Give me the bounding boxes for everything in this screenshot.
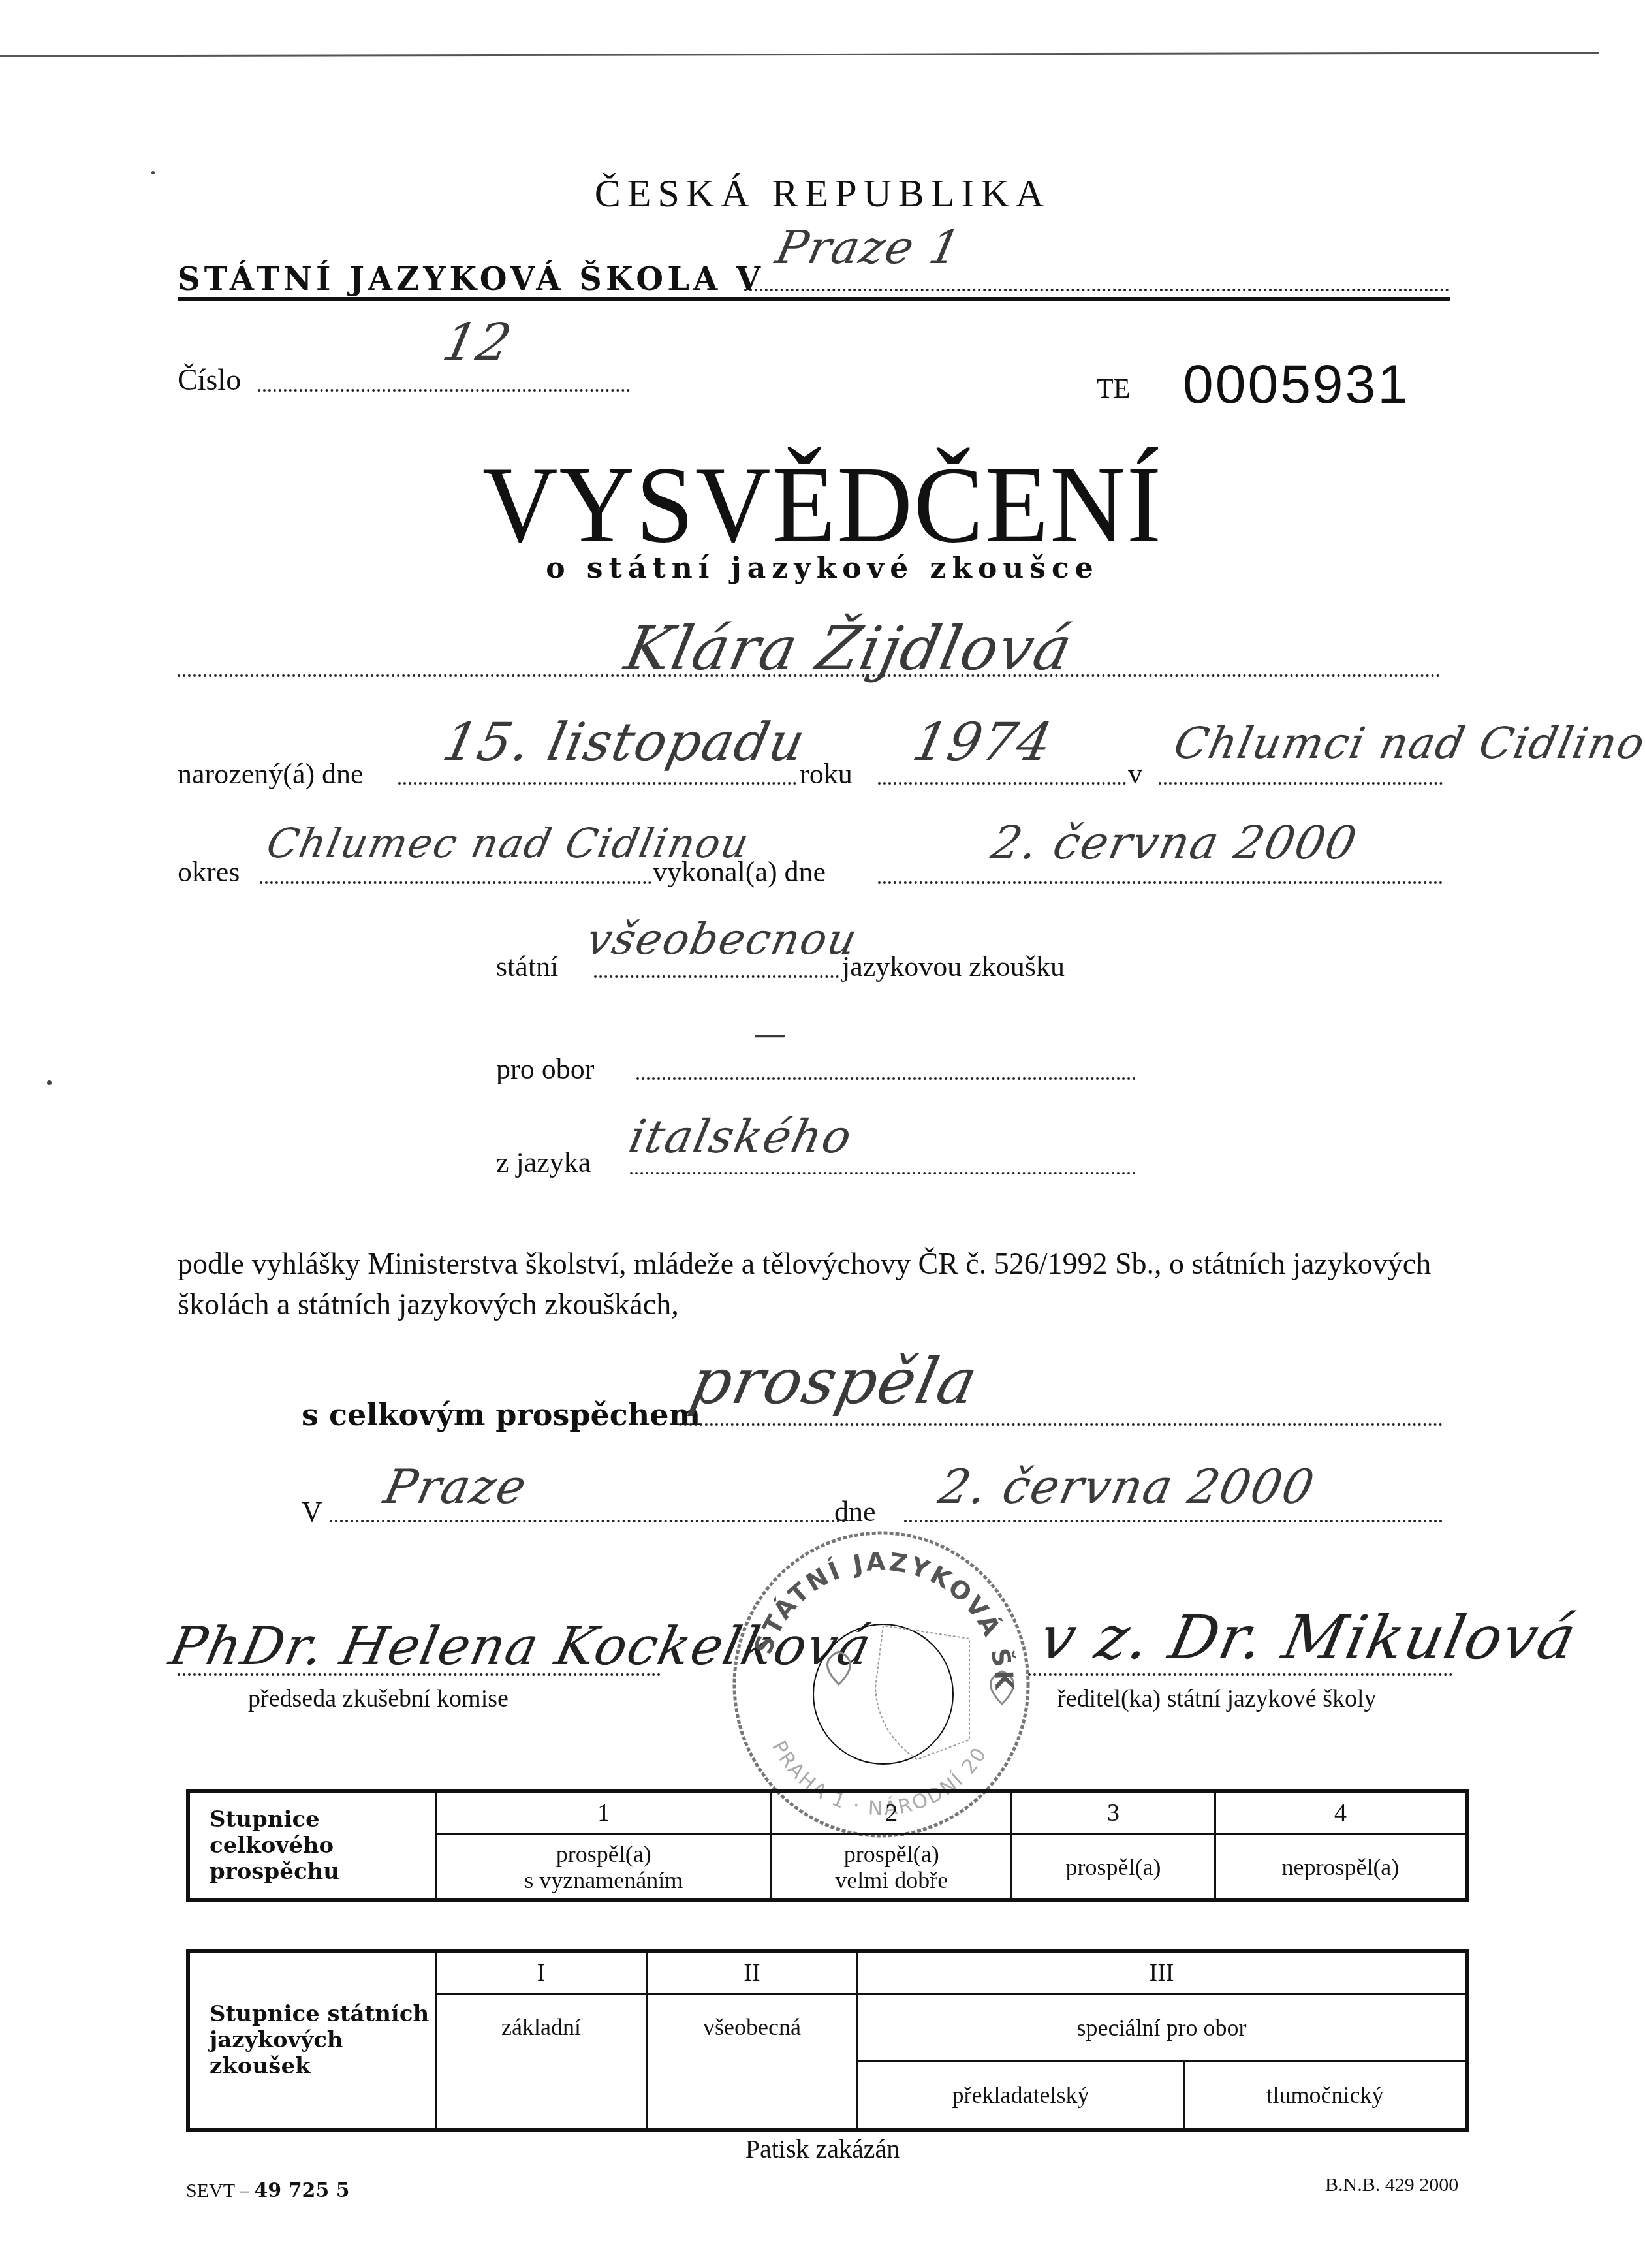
grade-desc-line: prospěl(a) xyxy=(772,1841,1010,1867)
born-day-line xyxy=(398,782,796,785)
form-code-number: 49 725 5 xyxy=(254,2179,349,2202)
field-label: pro obor xyxy=(496,1052,594,1086)
stamp-top-text: STÁTNÍ JAZYKOVÁ ŠKOLA xyxy=(721,1524,1018,1692)
overall-grade-scale-table: Stupnice celkového prospěchu 1 2 3 4 pro… xyxy=(186,1789,1469,1902)
birth-date-field[interactable]: 15. listopadu xyxy=(437,712,811,772)
grade-description-cell: prospěl(a)velmi dobře xyxy=(772,1835,1012,1901)
exam-sublevel-name: překladatelský xyxy=(858,2062,1184,2130)
exam-level-name: speciální pro obor xyxy=(858,1994,1467,2062)
state-label: státní xyxy=(496,950,558,983)
date-label: dne xyxy=(834,1495,876,1528)
exam-level-field[interactable]: všeobecnou xyxy=(582,914,862,964)
school-location-field[interactable]: Praze 1 xyxy=(771,221,966,274)
exam-level-name: základní xyxy=(436,1994,647,2130)
form-code: SEVT – 49 725 5 xyxy=(186,2179,350,2202)
number-field-line xyxy=(258,389,630,392)
city-line xyxy=(330,1520,845,1522)
grade-desc-line: s vyznamenáním xyxy=(437,1867,770,1893)
birth-year-field[interactable]: 1974 xyxy=(907,712,1058,772)
director-role-label: ředitel(ka) státní jazykové školy xyxy=(1057,1684,1377,1713)
director-signature: v z. Dr. Mikulová xyxy=(1034,1603,1583,1673)
language-line xyxy=(630,1172,1136,1174)
chair-role-label: předseda zkušební komise xyxy=(248,1684,509,1713)
series-prefix: TE xyxy=(1097,373,1130,405)
year-label: roku xyxy=(800,757,853,791)
grade-number-cell: 1 xyxy=(436,1791,772,1835)
printer-code: B.N.B. 429 2000 xyxy=(1325,2174,1458,2196)
city-label: V xyxy=(302,1495,322,1528)
certificate-number-field[interactable]: 12 xyxy=(437,313,517,372)
grade-desc-line: prospěl(a) xyxy=(437,1841,770,1867)
serial-number: 0005931 xyxy=(1183,353,1410,416)
reprint-notice: Patisk zakázán xyxy=(0,2134,1645,2164)
form-code-prefix: SEVT – xyxy=(186,2180,249,2201)
grade-description-cell: prospěl(a)s vyznamenáním xyxy=(436,1835,772,1901)
exam-suffix-label: jazykovou zkoušku xyxy=(842,950,1065,983)
school-label: STÁTNÍ JAZYKOVÁ ŠKOLA V xyxy=(178,261,764,298)
field-of-study-field[interactable]: — xyxy=(750,1015,792,1053)
language-label: z jazyka xyxy=(496,1146,591,1179)
district-line xyxy=(260,881,651,884)
grade-desc-line: neprospěl(a) xyxy=(1216,1854,1465,1880)
issue-city-field[interactable]: Praze xyxy=(379,1459,532,1514)
exam-scale-heading: Stupnice státních jazykových zkoušek xyxy=(188,1951,436,2130)
exam-level-number: III xyxy=(858,1951,1467,1994)
school-field-line xyxy=(744,289,1449,291)
place-label: v xyxy=(1128,757,1142,791)
exam-level-line xyxy=(594,975,839,978)
grade-number-cell: 4 xyxy=(1215,1791,1467,1835)
scan-edge-line xyxy=(0,52,1599,57)
overall-result-line xyxy=(679,1423,1443,1426)
grade-number-cell: 3 xyxy=(1012,1791,1215,1835)
exam-sublevel-name: tlumočnický xyxy=(1184,2062,1467,2130)
chair-signature-line xyxy=(178,1673,661,1676)
born-label: narozený(á) dne xyxy=(178,757,364,791)
completed-line xyxy=(878,881,1443,884)
issue-date-field[interactable]: 2. června 2000 xyxy=(934,1459,1320,1514)
language-field[interactable]: italského xyxy=(624,1110,857,1163)
grade-number-cell: 2 xyxy=(772,1791,1012,1835)
exam-level-number: I xyxy=(436,1951,647,1994)
overall-result-field[interactable]: prospěla xyxy=(684,1345,984,1418)
legal-basis-text: podle vyhlášky Ministerstva školství, ml… xyxy=(178,1244,1457,1325)
district-label: okres xyxy=(178,855,240,889)
grade-heading-line: celkového xyxy=(210,1833,435,1859)
exam-level-name: všeobecná xyxy=(647,1994,858,2130)
grade-desc-line: prospěl(a) xyxy=(1012,1854,1214,1880)
exam-heading-line: Stupnice státních xyxy=(210,2001,435,2027)
grade-heading-line: prospěchu xyxy=(210,1859,435,1885)
date-line xyxy=(904,1520,1443,1522)
scan-speck xyxy=(47,1080,52,1085)
overall-result-label: s celkovým prospěchem xyxy=(302,1397,700,1432)
grade-description-cell: prospěl(a) xyxy=(1012,1835,1215,1901)
born-year-line xyxy=(878,782,1126,785)
grade-heading-line: Stupnice xyxy=(210,1806,435,1833)
exam-heading-line: jazykových zkoušek xyxy=(210,2027,435,2079)
exam-level-number: II xyxy=(647,1951,858,1994)
holder-name-field[interactable]: Klára Žijdlová xyxy=(619,614,1079,684)
svg-text:STÁTNÍ JAZYKOVÁ ŠKOLA: STÁTNÍ JAZYKOVÁ ŠKOLA xyxy=(721,1524,1018,1692)
grade-desc-line: velmi dobře xyxy=(772,1867,1010,1893)
born-place-line xyxy=(1159,782,1443,785)
exam-level-scale-table: Stupnice státních jazykových zkoušek I I… xyxy=(186,1949,1469,2132)
header-divider xyxy=(178,297,1450,301)
field-line xyxy=(636,1077,1136,1080)
completed-label: vykonal(a) dne xyxy=(653,855,826,889)
document-subtitle: o státní jazykové zkoušce xyxy=(0,552,1645,585)
grade-description-cell: neprospěl(a) xyxy=(1215,1835,1467,1901)
number-label: Číslo xyxy=(178,362,241,397)
birth-place-field[interactable]: Chlumci nad Cidlinou xyxy=(1170,718,1645,768)
country-heading: ČESKÁ REPUBLIKA xyxy=(0,171,1645,216)
completed-date-field[interactable]: 2. června 2000 xyxy=(986,816,1362,870)
document-title: VYSVĚDČENÍ xyxy=(0,441,1645,567)
grade-scale-heading: Stupnice celkového prospěchu xyxy=(188,1791,436,1900)
director-signature-line xyxy=(1028,1673,1452,1676)
